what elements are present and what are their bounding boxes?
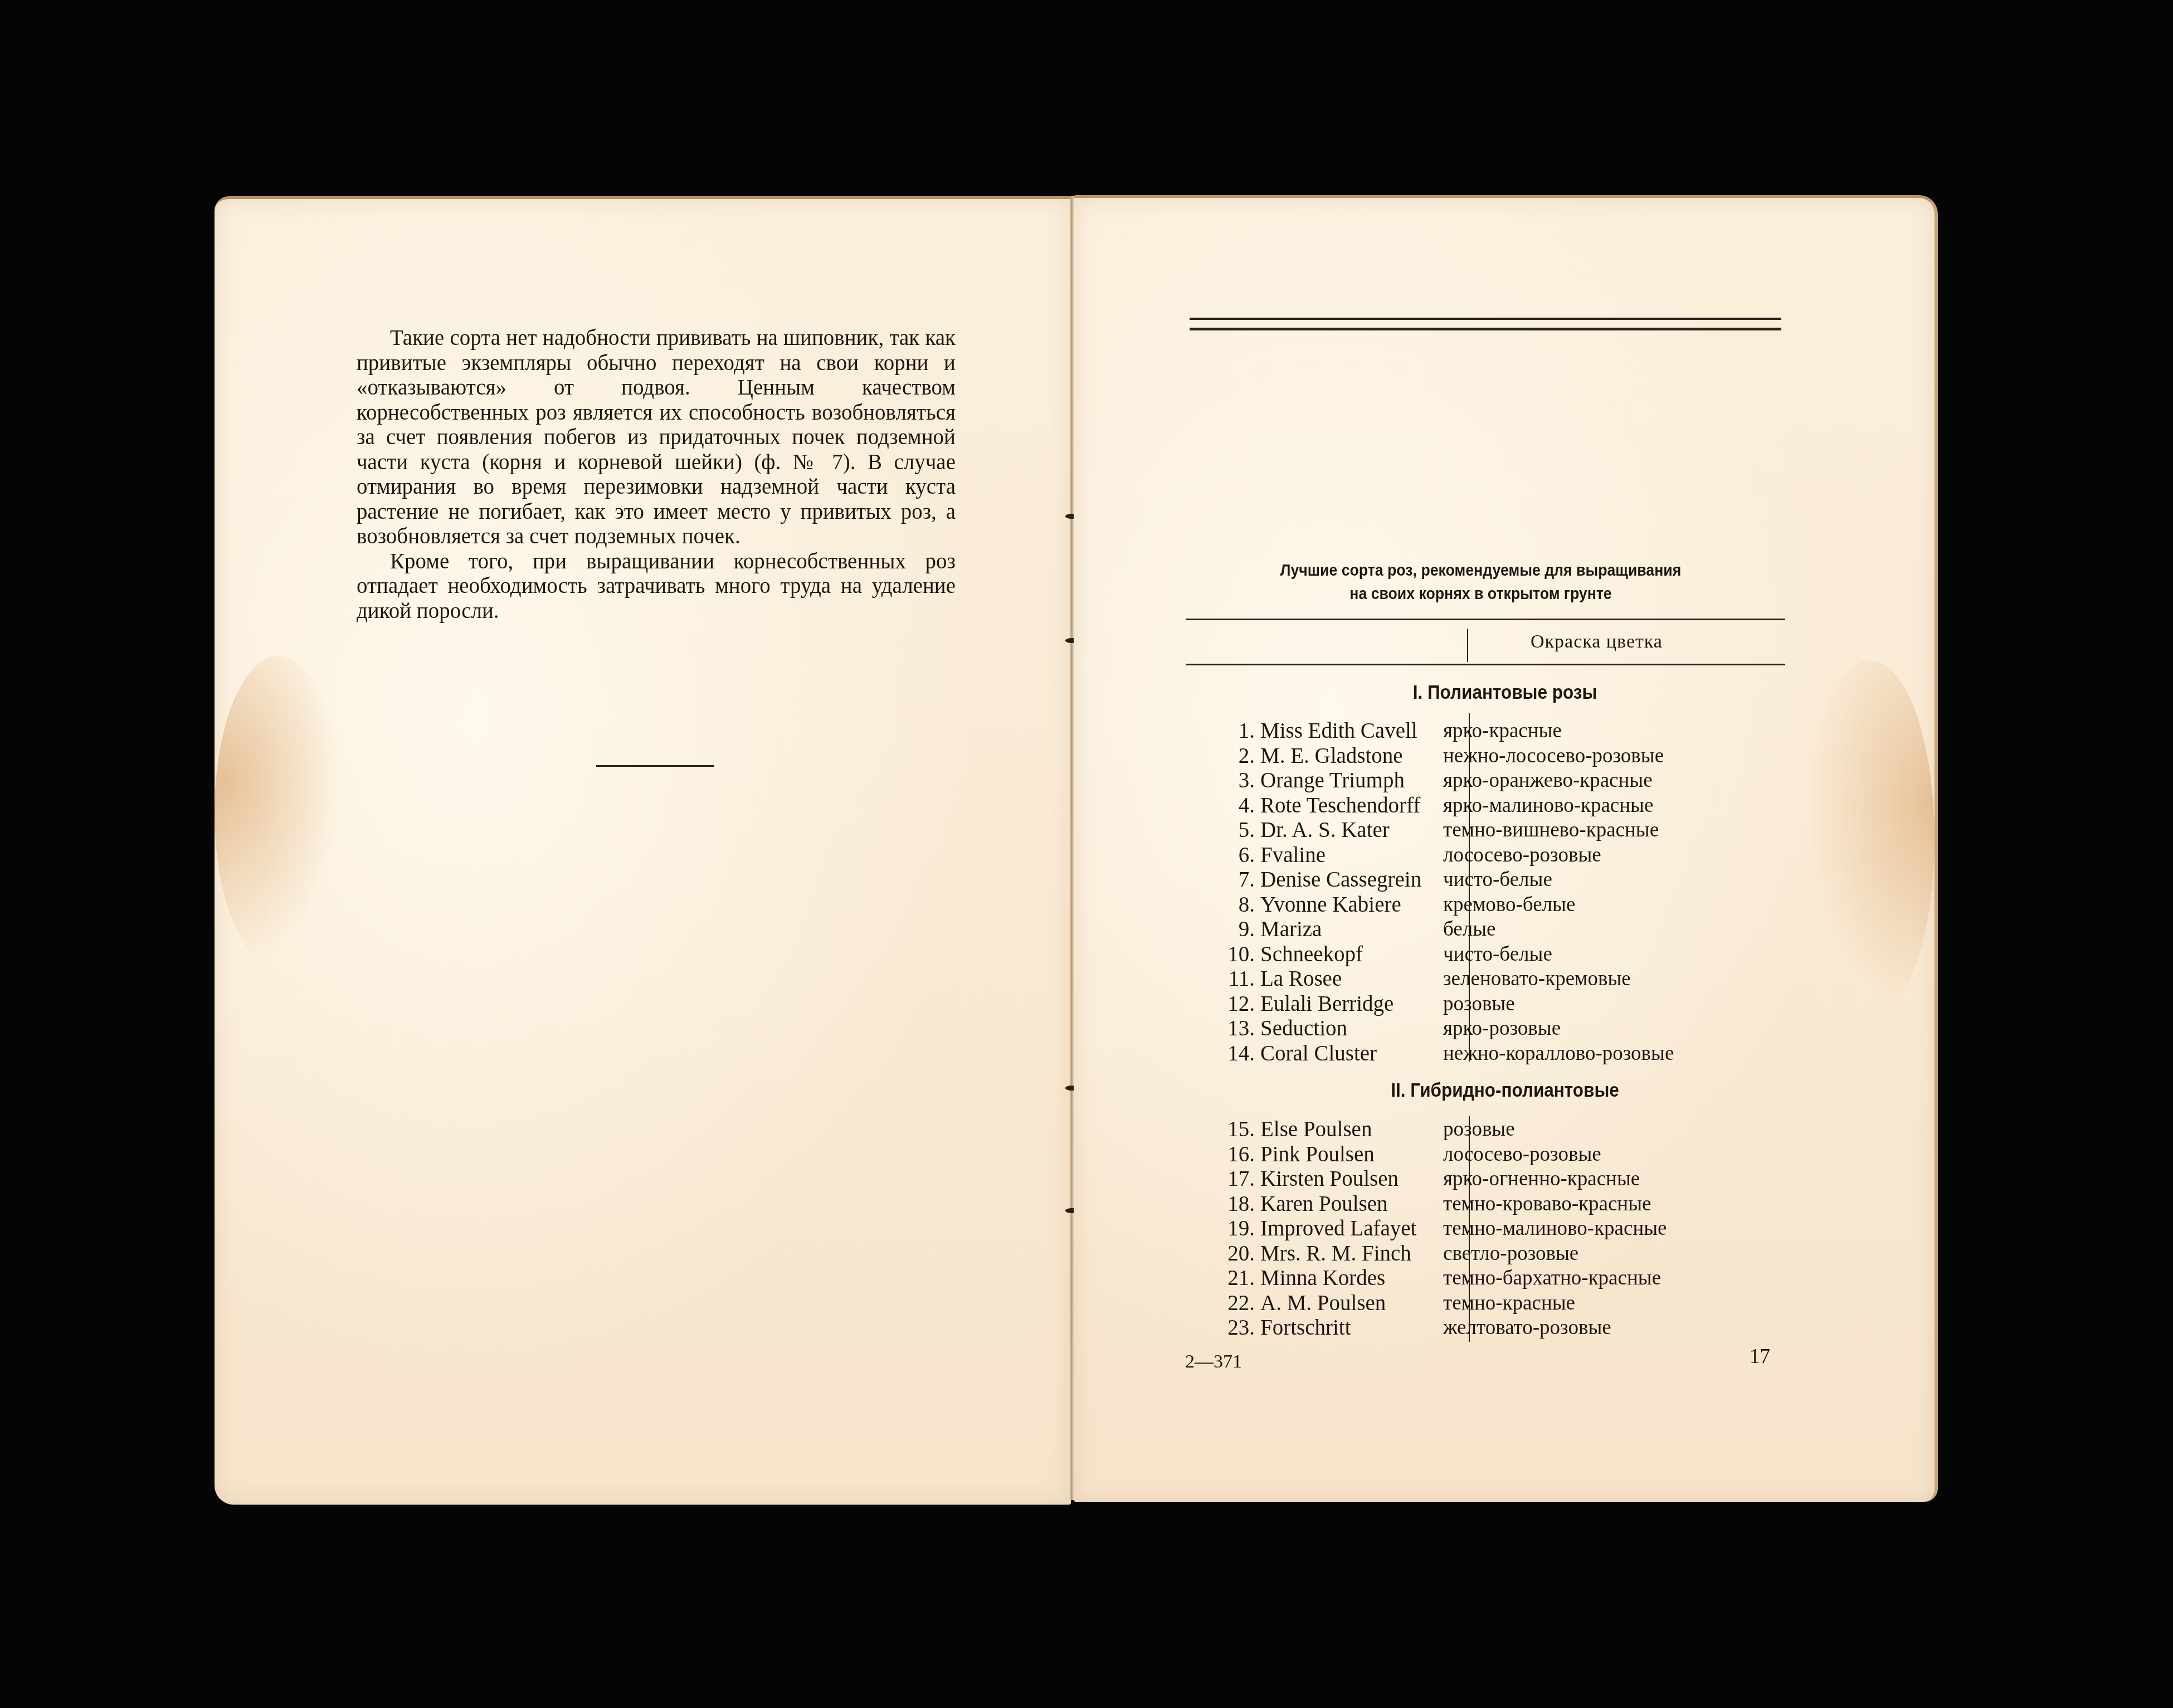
table-row: 2.M. E. Gladstoneнежно-лососево-розовые [1180,744,1820,769]
table-row: 10.Schneekopfчисто-белые [1180,942,1820,967]
variety-name: Minna Kordes [1260,1266,1385,1291]
variety-name: Dr. A. S. Kater [1260,818,1390,843]
table-row: 23.Fortschrittжелтовато-розовые [1180,1316,1820,1341]
table-row: 12.Eulali Berridgeрозовые [1180,992,1820,1017]
table-row: 16.Pink Poulsenлососево-розовые [1180,1142,1820,1167]
row-number: 12. [1227,992,1255,1017]
table-title-line: Лучшие сорта роз, рекомендуемые для выра… [1167,559,1795,582]
body-text: Такие сорта нет надобности прививать на … [357,326,956,624]
table-row: 1.Miss Edith Cavellярко-красные [1180,719,1820,744]
flower-color: лососево-розовые [1443,1142,1601,1167]
flower-color: темно-кроваво-красные [1443,1192,1651,1217]
header-double-rule [1190,318,1781,330]
section-divider [596,765,714,767]
row-number: 8. [1239,893,1255,918]
flower-color: розовые [1443,1117,1515,1142]
variety-name: Mariza [1260,917,1322,942]
row-number: 6. [1239,843,1255,868]
variety-name: A. M. Poulsen [1260,1291,1386,1316]
flower-color: ярко-оранжево-красные [1443,768,1653,794]
table-row: 19.Improved Lafayetтемно-малиново-красны… [1180,1216,1820,1242]
variety-name: Denise Cassegrein [1260,868,1421,893]
row-number: 23. [1227,1316,1255,1341]
row-number: 21. [1227,1266,1255,1291]
flower-color: белые [1443,917,1496,942]
variety-name: Pink Poulsen [1260,1142,1375,1167]
row-number: 14. [1227,1042,1255,1067]
row-number: 4. [1239,794,1255,819]
table-row: 5.Dr. A. S. Katerтемно-вишнево-красные [1180,818,1820,843]
table-row: 9.Marizaбелые [1180,917,1820,942]
section-heading: II. Гибридно-полиантовые [1117,1079,1893,1102]
variety-name: Fvaline [1260,843,1326,868]
table-row: 3.Orange Triumphярко-оранжево-красные [1180,768,1820,794]
row-number: 7. [1239,868,1255,893]
flower-color: желтовато-розовые [1443,1316,1611,1341]
flower-color: нежно-кораллово-розовые [1443,1042,1674,1067]
flower-color: темно-красные [1443,1291,1575,1316]
table-header-rule-top [1186,619,1785,620]
table-row: 7.Denise Cassegreinчисто-белые [1180,868,1820,893]
variety-name: Schneekopf [1260,942,1363,967]
table-row: 21.Minna Kordesтемно-бархатно-красные [1180,1266,1820,1291]
water-stain [1806,660,1935,1017]
table-row: 17.Kirsten Poulsenярко-огненно-красные [1180,1167,1820,1192]
variety-name: Orange Triumph [1260,768,1405,794]
flower-color: кремово-белые [1443,893,1575,918]
variety-name: Yvonne Kabiere [1260,893,1401,918]
book-gutter [1070,196,1074,1500]
table-row: 20.Mrs. R. M. Finchсветло-розовые [1180,1242,1820,1267]
table-title-line: на своих корнях в открытом грунте [1167,582,1795,606]
table-row: 4.Rote Teschendorffярко-малиново-красные [1180,794,1820,819]
paragraph: Такие сорта нет надобности прививать на … [357,326,956,549]
rose-list: 1.Miss Edith Cavellярко-красные2.M. E. G… [1180,719,1820,1066]
flower-color: зеленовато-кремовые [1443,967,1631,992]
row-number: 2. [1239,744,1255,769]
row-number: 3. [1239,768,1255,794]
flower-color: ярко-розовые [1443,1016,1561,1042]
table-row: 11.La Roseeзеленовато-кремовые [1180,967,1820,992]
row-number: 18. [1227,1192,1255,1217]
left-page: Такие сорта нет надобности прививать на … [215,196,1071,1505]
flower-color: чисто-белые [1443,942,1552,967]
row-number: 5. [1239,818,1255,843]
flower-color: ярко-огненно-красные [1443,1167,1640,1192]
water-stain [215,656,343,968]
section-heading: I. Полиантовые розы [1117,682,1893,704]
flower-color: розовые [1443,992,1515,1017]
table-row: 13.Seductionярко-розовые [1180,1016,1820,1042]
table-header-rule-bottom [1186,664,1785,665]
flower-color: темно-малиново-красные [1443,1216,1667,1242]
row-number: 17. [1227,1167,1255,1192]
table-title: Лучшие сорта роз, рекомендуемые для выра… [1167,559,1795,606]
row-number: 13. [1227,1016,1255,1042]
column-header-color: Окраска цветка [1531,631,1663,653]
variety-name: Miss Edith Cavell [1260,719,1417,744]
row-number: 1. [1239,719,1255,744]
flower-color: чисто-белые [1443,868,1552,893]
table-row: 22.A. M. Poulsenтемно-красные [1180,1291,1820,1316]
flower-color: ярко-малиново-красные [1443,794,1653,819]
row-number: 20. [1227,1242,1255,1267]
page-number: 17 [1750,1345,1770,1369]
variety-name: Else Poulsen [1260,1117,1372,1142]
flower-color: светло-розовые [1443,1242,1578,1267]
paragraph: Кроме того, при выращивании корнесобстве… [357,549,956,624]
row-number: 10. [1227,942,1255,967]
variety-name: Rote Teschendorff [1260,794,1420,819]
row-number: 15. [1227,1117,1255,1142]
variety-name: Seduction [1260,1016,1347,1042]
flower-color: ярко-красные [1443,719,1562,744]
flower-color: нежно-лососево-розовые [1443,744,1664,769]
variety-name: Fortschritt [1260,1316,1351,1341]
variety-name: Coral Cluster [1260,1042,1377,1067]
flower-color: темно-вишнево-красные [1443,818,1659,843]
variety-name: Eulali Berridge [1260,992,1394,1017]
table-row: 6.Fvalineлососево-розовые [1180,843,1820,868]
row-number: 19. [1227,1216,1255,1242]
table-row: 15.Else Poulsenрозовые [1180,1117,1820,1142]
variety-name: Mrs. R. M. Finch [1260,1242,1411,1267]
table-row: 18.Karen Poulsenтемно-кроваво-красные [1180,1192,1820,1217]
row-number: 11. [1229,967,1255,992]
variety-name: M. E. Gladstone [1260,744,1403,769]
rose-list: 15.Else Poulsenрозовые16.Pink Poulsenлос… [1180,1117,1820,1341]
signature-mark: 2—371 [1185,1351,1242,1373]
table-row: 14.Coral Clusterнежно-кораллово-розовые [1180,1042,1820,1067]
row-number: 16. [1227,1142,1255,1167]
table-row: 8.Yvonne Kabiereкремово-белые [1180,893,1820,918]
variety-name: Improved Lafayet [1260,1216,1416,1242]
column-divider [1467,629,1468,662]
variety-name: Kirsten Poulsen [1260,1167,1399,1192]
right-page: Лучшие сорта роз, рекомендуемые для выра… [1074,195,1938,1502]
variety-name: La Rosee [1260,967,1342,992]
flower-color: лососево-розовые [1443,843,1601,868]
variety-name: Karen Poulsen [1260,1192,1388,1217]
row-number: 9. [1239,917,1255,942]
flower-color: темно-бархатно-красные [1443,1266,1661,1291]
row-number: 22. [1227,1291,1255,1316]
